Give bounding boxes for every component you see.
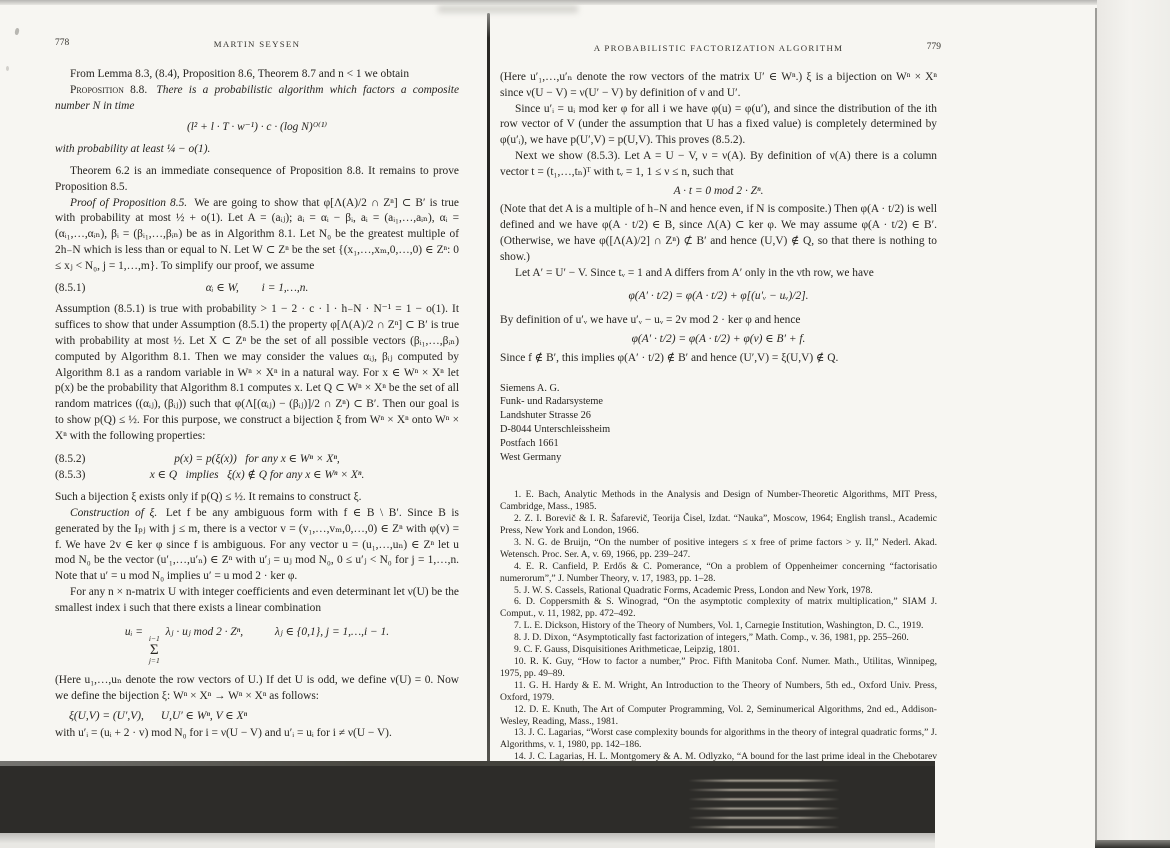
xi-definition: ξ(U,V) = (U′,V), U,U′ ∈ Wⁿ, V ∈ Xⁿ [55,709,459,725]
equation-tag: (8.5.3) [55,468,85,484]
reference-item: 7. L. E. Dickson, History of the Theory … [500,620,937,632]
scanned-paper-spread: 778 MARTIN SEYSEN From Lemma 8.3, (8.4),… [0,0,1170,848]
book-spine-shadow [487,13,490,764]
left-page: 778 MARTIN SEYSEN From Lemma 8.3, (8.4),… [55,38,459,741]
right-page-body: (Here u′₁,…,u′ₙ denote the row vectors o… [500,70,937,775]
paragraph-note: (Note that det A is a multiple of h₋N an… [500,202,937,265]
paragraph-intro: From Lemma 8.3, (8.4), Proposition 8.6, … [55,67,459,83]
left-page-header: 778 MARTIN SEYSEN [55,38,459,52]
proof-label: Proof of Proposition 8.5. [70,197,191,209]
paragraph-let: Let A′ = U′ − V. Since tᵥ = 1 and A diff… [500,266,937,282]
sigma-glyph: Σ [150,643,159,657]
paragraph-next: Next we show (8.5.3). Let A = U − V, ν =… [500,149,937,181]
reference-item: 11. G. H. Hardy & E. M. Wright, An Intro… [500,680,937,704]
reference-item: 12. D. E. Knuth, The Art of Computer Pro… [500,704,937,728]
paragraph-theorem: Theorem 6.2 is an immediate consequence … [55,164,459,196]
address-line: Postfach 1661 [500,437,937,451]
paragraph-proof: Proof of Proposition 8.5.We are going to… [55,196,459,275]
spine-smudge [438,5,578,13]
address-line: D-8044 Unterschleissheim [500,423,937,437]
margin-artifact [6,66,9,71]
sum-lower-limit: j=1 [149,657,160,665]
address-block: Siemens A. G.Funk- und RadarsystemeLands… [500,382,937,465]
runtime-formula: (l² + l · T · w⁻¹) · c · (log N)ᴼ⁽¹⁾ [55,120,459,136]
sum-tail: λⱼ ∈ {0,1}, j = 1,…,i − 1. [275,626,389,638]
address-line: Siemens A. G. [500,382,937,396]
page-edge-line [1095,8,1097,844]
sum-formula: uᵢ = i−1 Σ j=1 λⱼ · uⱼ mod 2 · Zⁿ, λⱼ ∈ … [55,625,459,666]
reference-item: 8. J. D. Dixon, “Asymptotically fast fac… [500,632,937,644]
paragraph-since: Since u′ᵢ = uᵢ mod ker φ for all i we ha… [500,102,937,149]
paragraph-here-rows: (Here u′₁,…,u′ₙ denote the row vectors o… [500,70,937,102]
left-page-body: From Lemma 8.3, (8.4), Proposition 8.6, … [55,67,459,741]
sum-rhs: λⱼ · uⱼ mod 2 · Zⁿ, [166,626,244,638]
address-line: Funk- und Radarsysteme [500,395,937,409]
equation-body: αᵢ ∈ W, i = 1,…,n. [206,282,309,294]
sigma-operator: i−1 Σ j=1 [149,635,160,666]
reference-item: 3. N. G. de Bruijn, “On the number of po… [500,537,937,561]
equation-8-5-1: (8.5.1) αᵢ ∈ W, i = 1,…,n. [55,281,459,297]
equation-8-5-3: (8.5.3) x ∈ Q implies ξ(x) ∉ Q for any x… [55,468,459,484]
reference-item: 4. E. R. Canfield, P. Erdős & C. Pomeran… [500,561,937,585]
address-line: Landshuter Strasse 26 [500,409,937,423]
corner-dark-strip [1095,840,1170,848]
margin-artifact [14,28,19,36]
proposition-label: Proposition 8.8. [70,84,153,96]
reference-list: 1. E. Bach, Analytic Methods in the Anal… [500,489,937,775]
paragraph-matrix: For any n × n-matrix U with integer coef… [55,585,459,617]
paragraph-proposition: Proposition 8.8.There is a probabilistic… [55,83,459,115]
reference-item: 13. J. C. Lagarias, “Worst case complexi… [500,727,937,751]
paragraph-probability: with probability at least ¼ − o(1). [55,142,459,158]
equation-body: x ∈ Q implies ξ(x) ∉ Q for any x ∈ Wⁿ × … [150,469,365,481]
paragraph-assumption: Assumption (8.5.1) is true with probabil… [55,302,459,444]
reference-item: 10. R. K. Guy, “How to factor a number,”… [500,656,937,680]
bottom-scan-strip [0,833,935,848]
reference-item: 6. D. Coppersmith & S. Winograd, “On the… [500,596,937,620]
address-line: West Germany [500,451,937,465]
reference-item: 2. Z. I. Borevič & I. R. Šafarevič, Teor… [500,513,937,537]
page-number-right: 779 [927,42,941,52]
equation-tag: (8.5.1) [55,281,85,297]
moire-stripes [688,776,840,832]
paragraph-construction: Construction of ξ.Let f be any ambiguous… [55,506,459,585]
paragraph-conclusion: Since f ∉ B′, this implies φ(A′ · t/2) ∉… [500,351,937,367]
paragraph-here: (Here u₁,…,uₙ denote the row vectors of … [55,673,459,705]
phi-formula-2: φ(A′ · t/2) = φ(A · t/2) + φ(v) ∈ B′ + f… [500,332,937,348]
equation-tag: (8.5.2) [55,452,85,468]
phi-formula-1: φ(A′ · t/2) = φ(A · t/2) + φ[(u′ᵥ − uᵥ)/… [500,289,937,305]
paragraph-bydef: By definition of u′ᵥ we have u′ᵥ − uᵥ = … [500,313,937,329]
reference-item: 1. E. Bach, Analytic Methods in the Anal… [500,489,937,513]
reference-item: 9. C. F. Gauss, Disquisitiones Arithmeti… [500,644,937,656]
construction-label: Construction of ξ. [70,507,163,519]
equation-8-5-2: (8.5.2) p(x) = p(ξ(x)) for any x ∈ Wⁿ × … [55,452,459,468]
reference-item: 5. J. W. S. Cassels, Rational Quadratic … [500,585,937,597]
paragraph-bijection: Such a bijection ξ exists only if p(Q) ≤… [55,490,459,506]
top-scan-edge [0,0,1170,5]
at-formula: A · t = 0 mod 2 · Zⁿ. [500,184,937,200]
equation-body: p(x) = p(ξ(x)) for any x ∈ Wⁿ × Xⁿ, [174,453,340,465]
right-page-header: A PROBABILISTIC FACTORIZATION ALGORITHM … [500,42,937,56]
scan-background-strip [1097,0,1170,848]
running-head-left: MARTIN SEYSEN [55,39,459,49]
running-head-right: A PROBABILISTIC FACTORIZATION ALGORITHM [500,43,937,53]
right-page: A PROBABILISTIC FACTORIZATION ALGORITHM … [500,42,937,775]
sum-lhs: uᵢ = [125,626,143,638]
paragraph-with: with u′ᵢ = (uᵢ + 2 · v) mod N₀ for i = ν… [55,726,459,742]
